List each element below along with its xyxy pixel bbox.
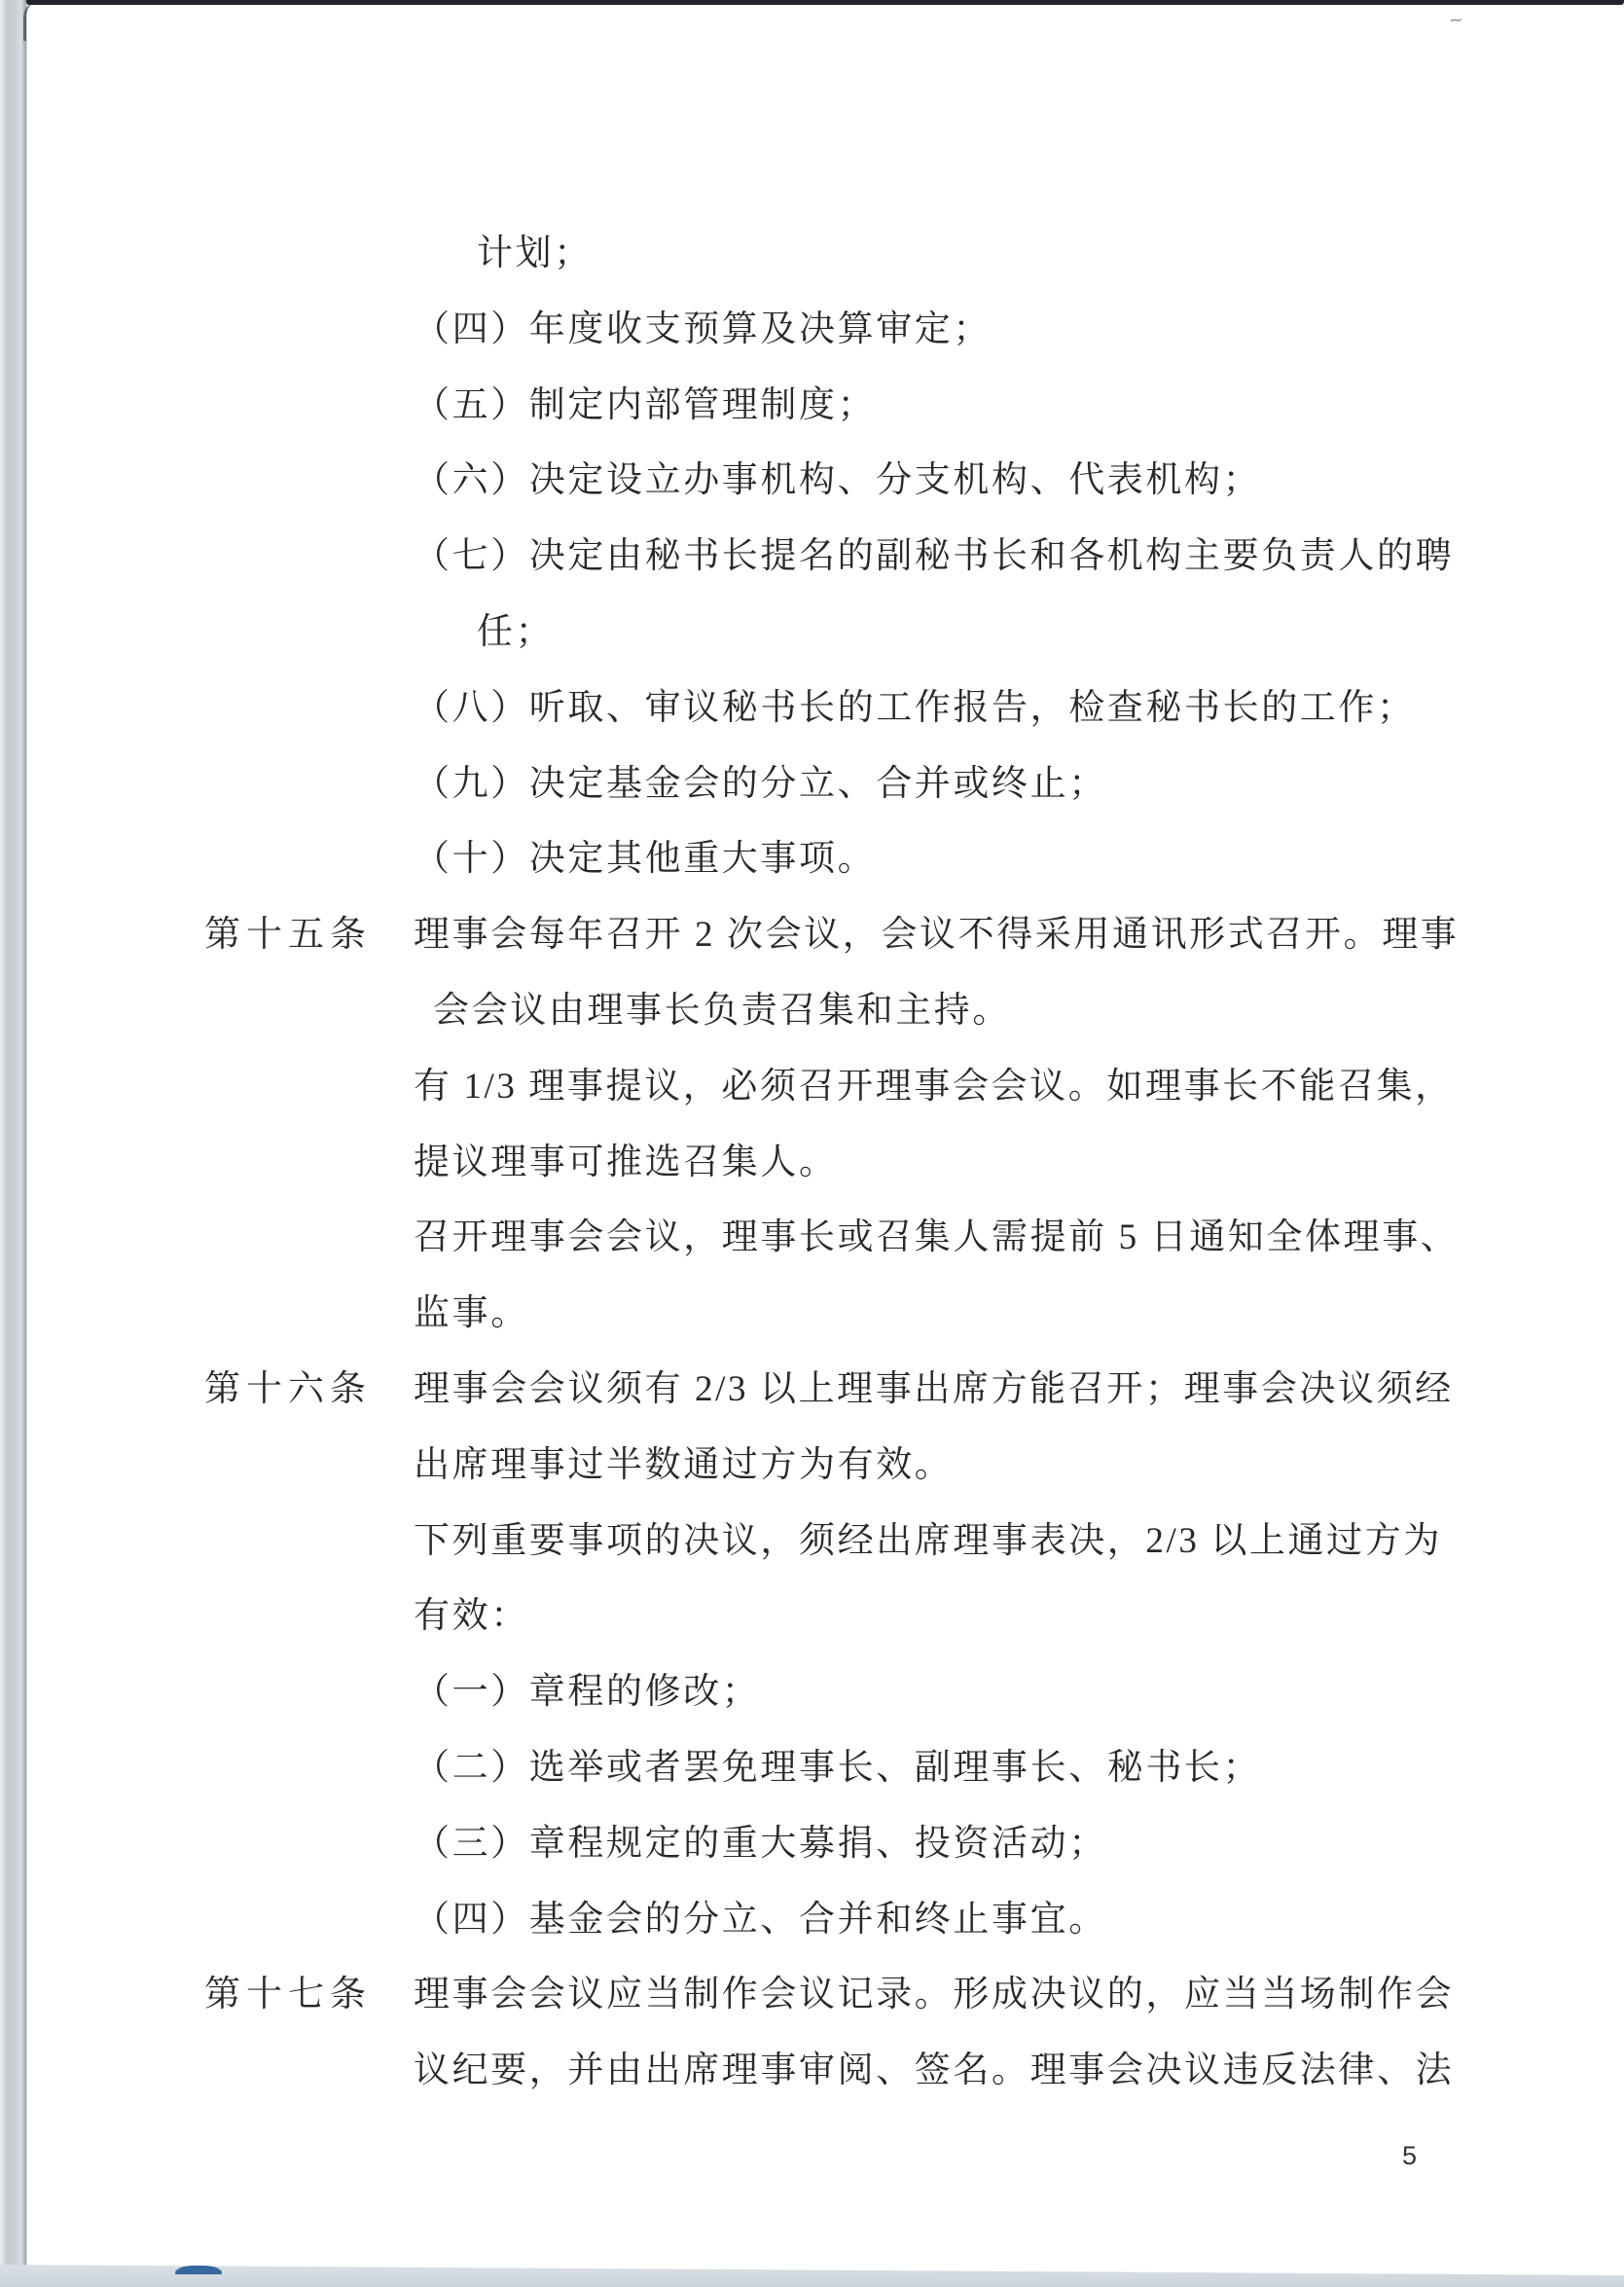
text-line: （三）章程规定的重大募捐、投资活动；: [414, 1813, 1107, 1866]
article-body-text: 理事会每年召开 2 次会议，会议不得采用通讯形式召开。理事: [414, 904, 1459, 957]
text-line: （二）选举或者罢免理事长、副理事长、秘书长；: [414, 1737, 1261, 1790]
document-text-block: 计划；（四）年度收支预算及决算审定；（五）制定内部管理制度；（六）决定设立办事机…: [0, 0, 1624, 2287]
text-line: 有 1/3 理事提议，必须召开理事会会议。如理事长不能召集，: [414, 1056, 1454, 1108]
text-line: （六）决定设立办事机构、分支机构、代表机构；: [414, 450, 1261, 502]
article-body-text: 理事会会议应当制作会议记录。形成决议的，应当当场制作会: [414, 1964, 1454, 2016]
text-line: 会会议由理事长负责召集和主持。: [433, 980, 1011, 1033]
text-line: （七）决定由秘书长提名的副秘书长和各机构主要负责人的聘: [414, 526, 1454, 578]
text-line: 下列重要事项的决议，须经出席理事表决，2/3 以上通过方为: [414, 1510, 1442, 1563]
text-line: （九）决定基金会的分立、合并或终止；: [414, 753, 1107, 806]
page-number: 5: [1402, 2141, 1417, 2171]
text-line: （四）基金会的分立、合并和终止事宜。: [414, 1889, 1107, 1942]
text-line: 议纪要，并由出席理事审阅、签名。理事会决议违反法律、法: [414, 2040, 1454, 2092]
article-number-label: 第十五条: [204, 904, 372, 957]
text-line: （四）年度收支预算及决算审定；: [414, 299, 992, 351]
text-line: （八）听取、审议秘书长的工作报告，检查秘书长的工作；: [414, 677, 1416, 730]
text-line: 提议理事可推选召集人。: [414, 1132, 838, 1184]
article-body-text: 理事会会议须有 2/3 以上理事出席方能召开；理事会决议须经: [414, 1359, 1454, 1411]
text-line: 计划；: [477, 223, 593, 275]
text-line: （十）决定其他重大事项。: [414, 828, 876, 881]
text-line: 召开理事会会议，理事长或召集人需提前 5 日通知全体理事、: [414, 1207, 1459, 1259]
article-number-label: 第十六条: [204, 1359, 372, 1411]
text-line: 监事。: [414, 1283, 529, 1335]
text-line: （一）章程的修改；: [414, 1661, 760, 1714]
text-line: （五）制定内部管理制度；: [414, 375, 876, 427]
text-line: 有效：: [414, 1585, 529, 1638]
scanned-document-page: { "document": { "page_number": "5", "lin…: [0, 0, 1624, 2287]
text-line: 任；: [477, 601, 554, 654]
article-number-label: 第十七条: [204, 1964, 372, 2016]
text-line: 出席理事过半数通过方为有效。: [414, 1434, 953, 1487]
